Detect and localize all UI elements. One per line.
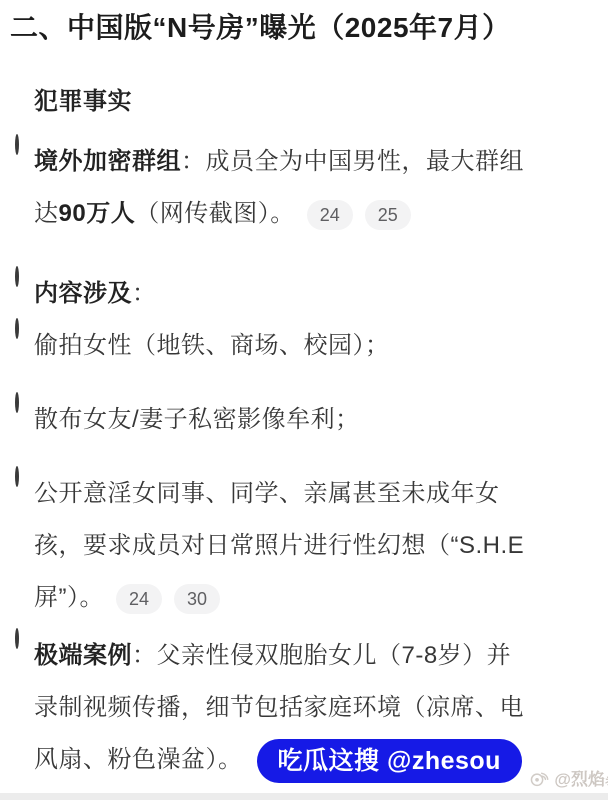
watermark: @烈焰暴 <box>529 765 608 790</box>
item-text: 偷拍女性（地铁、商场、校园）； <box>34 320 534 372</box>
page-title: 二、中国版“N号房”曝光（2025年7月） <box>10 8 590 48</box>
bullet-col <box>10 630 34 648</box>
overseas-groups-lead: 境外加密群组 <box>34 148 181 175</box>
citation-badge[interactable]: 25 <box>365 200 411 230</box>
bullet-col <box>10 394 34 412</box>
crime-facts-label: 犯罪事实 <box>34 88 132 115</box>
list-item-content-involved: 内容涉及： <box>10 268 590 320</box>
item-text: 散布女友/妻子私密影像牟利； <box>34 394 534 446</box>
bottom-edge-strip <box>0 793 608 800</box>
zhesou-cta-button[interactable]: 吃瓜这搜 @zhesou <box>257 739 522 783</box>
candid-filming-body: 偷拍女性（地铁、商场、校园）； <box>34 332 390 359</box>
citation-badge[interactable]: 24 <box>307 200 353 230</box>
item-text: 境外加密群组：成员全为中国男性，最大群组达90万人（网传截图）。2425 <box>34 136 534 240</box>
item-text: 极端案例：父亲性侵双胞胎女儿（7-8岁）并录制视频传播，细节包括家庭环境（凉席、… <box>34 630 534 786</box>
weibo-logo-icon <box>529 767 550 788</box>
bullet-col <box>10 76 34 94</box>
bullet-col <box>10 468 34 486</box>
circle-bullet-icon <box>15 392 19 413</box>
overseas-groups-body-2: （网传截图）。 <box>135 200 295 227</box>
bullet-col <box>10 320 34 338</box>
list-item-candid-filming: 偷拍女性（地铁、商场、校园）； <box>10 320 590 372</box>
circle-bullet-icon <box>15 466 19 487</box>
circle-bullet-icon <box>15 266 19 287</box>
overseas-groups-strong: 90万人 <box>59 200 136 227</box>
extreme-case-lead: 极端案例 <box>34 642 132 669</box>
list-item-public-fantasizing: 公开意淫女同事、同学、亲属甚至未成年女孩，要求成员对日常照片进行性幻想（“S.H… <box>10 468 590 624</box>
watermark-handle: @烈焰暴 <box>554 765 608 790</box>
item-text: 犯罪事实 <box>34 76 534 128</box>
outline-list: 犯罪事实 境外加密群组：成员全为中国男性，最大群组达90万人（网传截图）。242… <box>10 76 590 786</box>
document: 二、中国版“N号房”曝光（2025年7月） 犯罪事实 境外加密群组：成员全为中国… <box>0 0 608 786</box>
circle-bullet-icon <box>15 628 19 649</box>
item-text: 内容涉及： <box>34 268 534 320</box>
circle-bullet-icon <box>15 134 19 155</box>
item-text: 公开意淫女同事、同学、亲属甚至未成年女孩，要求成员对日常照片进行性幻想（“S.H… <box>34 468 534 624</box>
public-fantasizing-body: 公开意淫女同事、同学、亲属甚至未成年女孩，要求成员对日常照片进行性幻想（“S.H… <box>34 480 524 611</box>
spreading-media-body: 散布女友/妻子私密影像牟利； <box>34 406 360 433</box>
bullet-col <box>10 268 34 286</box>
circle-bullet-icon <box>15 318 19 339</box>
list-item-crime-facts: 犯罪事实 <box>10 76 590 128</box>
citation-badge[interactable]: 24 <box>116 584 162 614</box>
list-item-spreading-media: 散布女友/妻子私密影像牟利； <box>10 394 590 446</box>
citation-badge[interactable]: 30 <box>174 584 220 614</box>
colon: ： <box>132 280 157 307</box>
list-item-overseas-groups: 境外加密群组：成员全为中国男性，最大群组达90万人（网传截图）。2425 <box>10 136 590 240</box>
colon: ： <box>132 642 157 669</box>
colon: ： <box>181 148 206 175</box>
bullet-col <box>10 136 34 154</box>
list-item-extreme-case: 极端案例：父亲性侵双胞胎女儿（7-8岁）并录制视频传播，细节包括家庭环境（凉席、… <box>10 630 590 786</box>
content-involved-lead: 内容涉及 <box>34 280 132 307</box>
